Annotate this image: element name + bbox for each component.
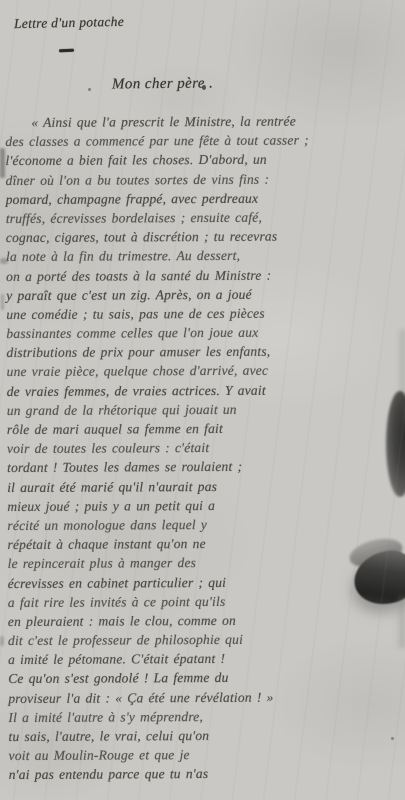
letter-line: distributions de prix pour amuser les en…	[6, 341, 402, 362]
letter-line: en pleuraient : mais le clou, comme on	[8, 610, 404, 631]
letter-line: dîner où l'on a bu toutes sortes de vins…	[6, 169, 402, 190]
letter-line: un grand de la rhétorique qui jouait un	[7, 399, 403, 420]
letter-line: voir de toutes les couleurs : c'était	[7, 437, 403, 458]
ink-smudge	[0, 148, 5, 178]
letter-line: mieux joué ; puis y a un petit qui a	[7, 495, 403, 516]
letter-line: on a porté des toasts à la santé du Mini…	[6, 264, 402, 285]
letter-salutation: Mon cher père .	[112, 75, 213, 93]
letter-line: récité un monologue dans lequel y	[7, 514, 403, 535]
letter-line: l'économe a bien fait les choses. D'abor…	[5, 149, 401, 170]
letter-line: répétait à chaque instant qu'on ne	[7, 533, 403, 554]
letter-line: bassinantes comme celles que l'on joue a…	[6, 322, 402, 343]
letter-line: la note à la fin du trimestre. Au desser…	[6, 245, 402, 266]
letter-line: des classes a commencé par une fête à to…	[5, 130, 401, 151]
letter-line: tu sais, l'autre, le vrai, celui qu'on	[8, 725, 404, 746]
letter-line: cognac, cigares, tout à discrétion ; tu …	[6, 226, 402, 247]
letter-line: Il a imité l'autre à s'y méprendre,	[8, 706, 404, 727]
letter-line: rôle de mari auquel sa femme en fait	[7, 418, 403, 439]
letter-line: une vraie pièce, quelque chose d'arrivé,…	[7, 360, 403, 381]
letter-line: a fait rire les invités à ce point qu'il…	[8, 591, 404, 612]
ink-smudge	[0, 636, 4, 646]
letter-title: Lettre d'un potache	[14, 14, 124, 32]
letter-line: écrevisses en cabinet particulier ; qui	[8, 571, 404, 592]
letter-line: une comédie ; tu sais, pas une de ces pi…	[6, 303, 402, 324]
letter-line: n'ai pas entendu parce que tu n'as	[9, 763, 405, 784]
letter-line: a imité le pétomane. C'était épatant !	[8, 648, 404, 669]
letter-line: proviseur l'a dit : « Ça été une révélat…	[8, 687, 404, 708]
letter-line: il aurait été marié qu'il n'aurait pas	[7, 476, 403, 497]
letter-line: y paraît que c'est un zig. Après, on a j…	[6, 284, 402, 305]
letter-line: truffés, écrevisses bordelaises ; ensuit…	[6, 207, 402, 228]
title-dash	[59, 49, 74, 52]
letter-line: de vraies femmes, de vraies actrices. Y …	[7, 380, 403, 401]
ink-smudge	[1, 294, 4, 310]
page-edge-shadow-lower	[395, 596, 405, 648]
letter-line: dit c'est le professeur de philosophie q…	[8, 629, 404, 650]
letter-line: Ce qu'on s'est gondolé ! La femme du	[8, 667, 404, 688]
letter-line: « Ainsi que l'a prescrit le Ministre, la…	[5, 111, 401, 132]
letter-line: voit au Moulin-Rouge et que je	[9, 744, 405, 765]
ink-dot	[88, 88, 91, 91]
letter-page: Lettre d'un potache Mon cher père . « Ai…	[0, 0, 405, 800]
letter-body: « Ainsi que l'a prescrit le Ministre, la…	[5, 111, 405, 785]
letter-line: tordant ! Toutes les dames se roulaient …	[7, 456, 403, 477]
letter-line: pomard, champagne frappé, avec perdreaux	[6, 188, 402, 209]
letter-line: le repincerait plus à manger des	[8, 552, 404, 573]
